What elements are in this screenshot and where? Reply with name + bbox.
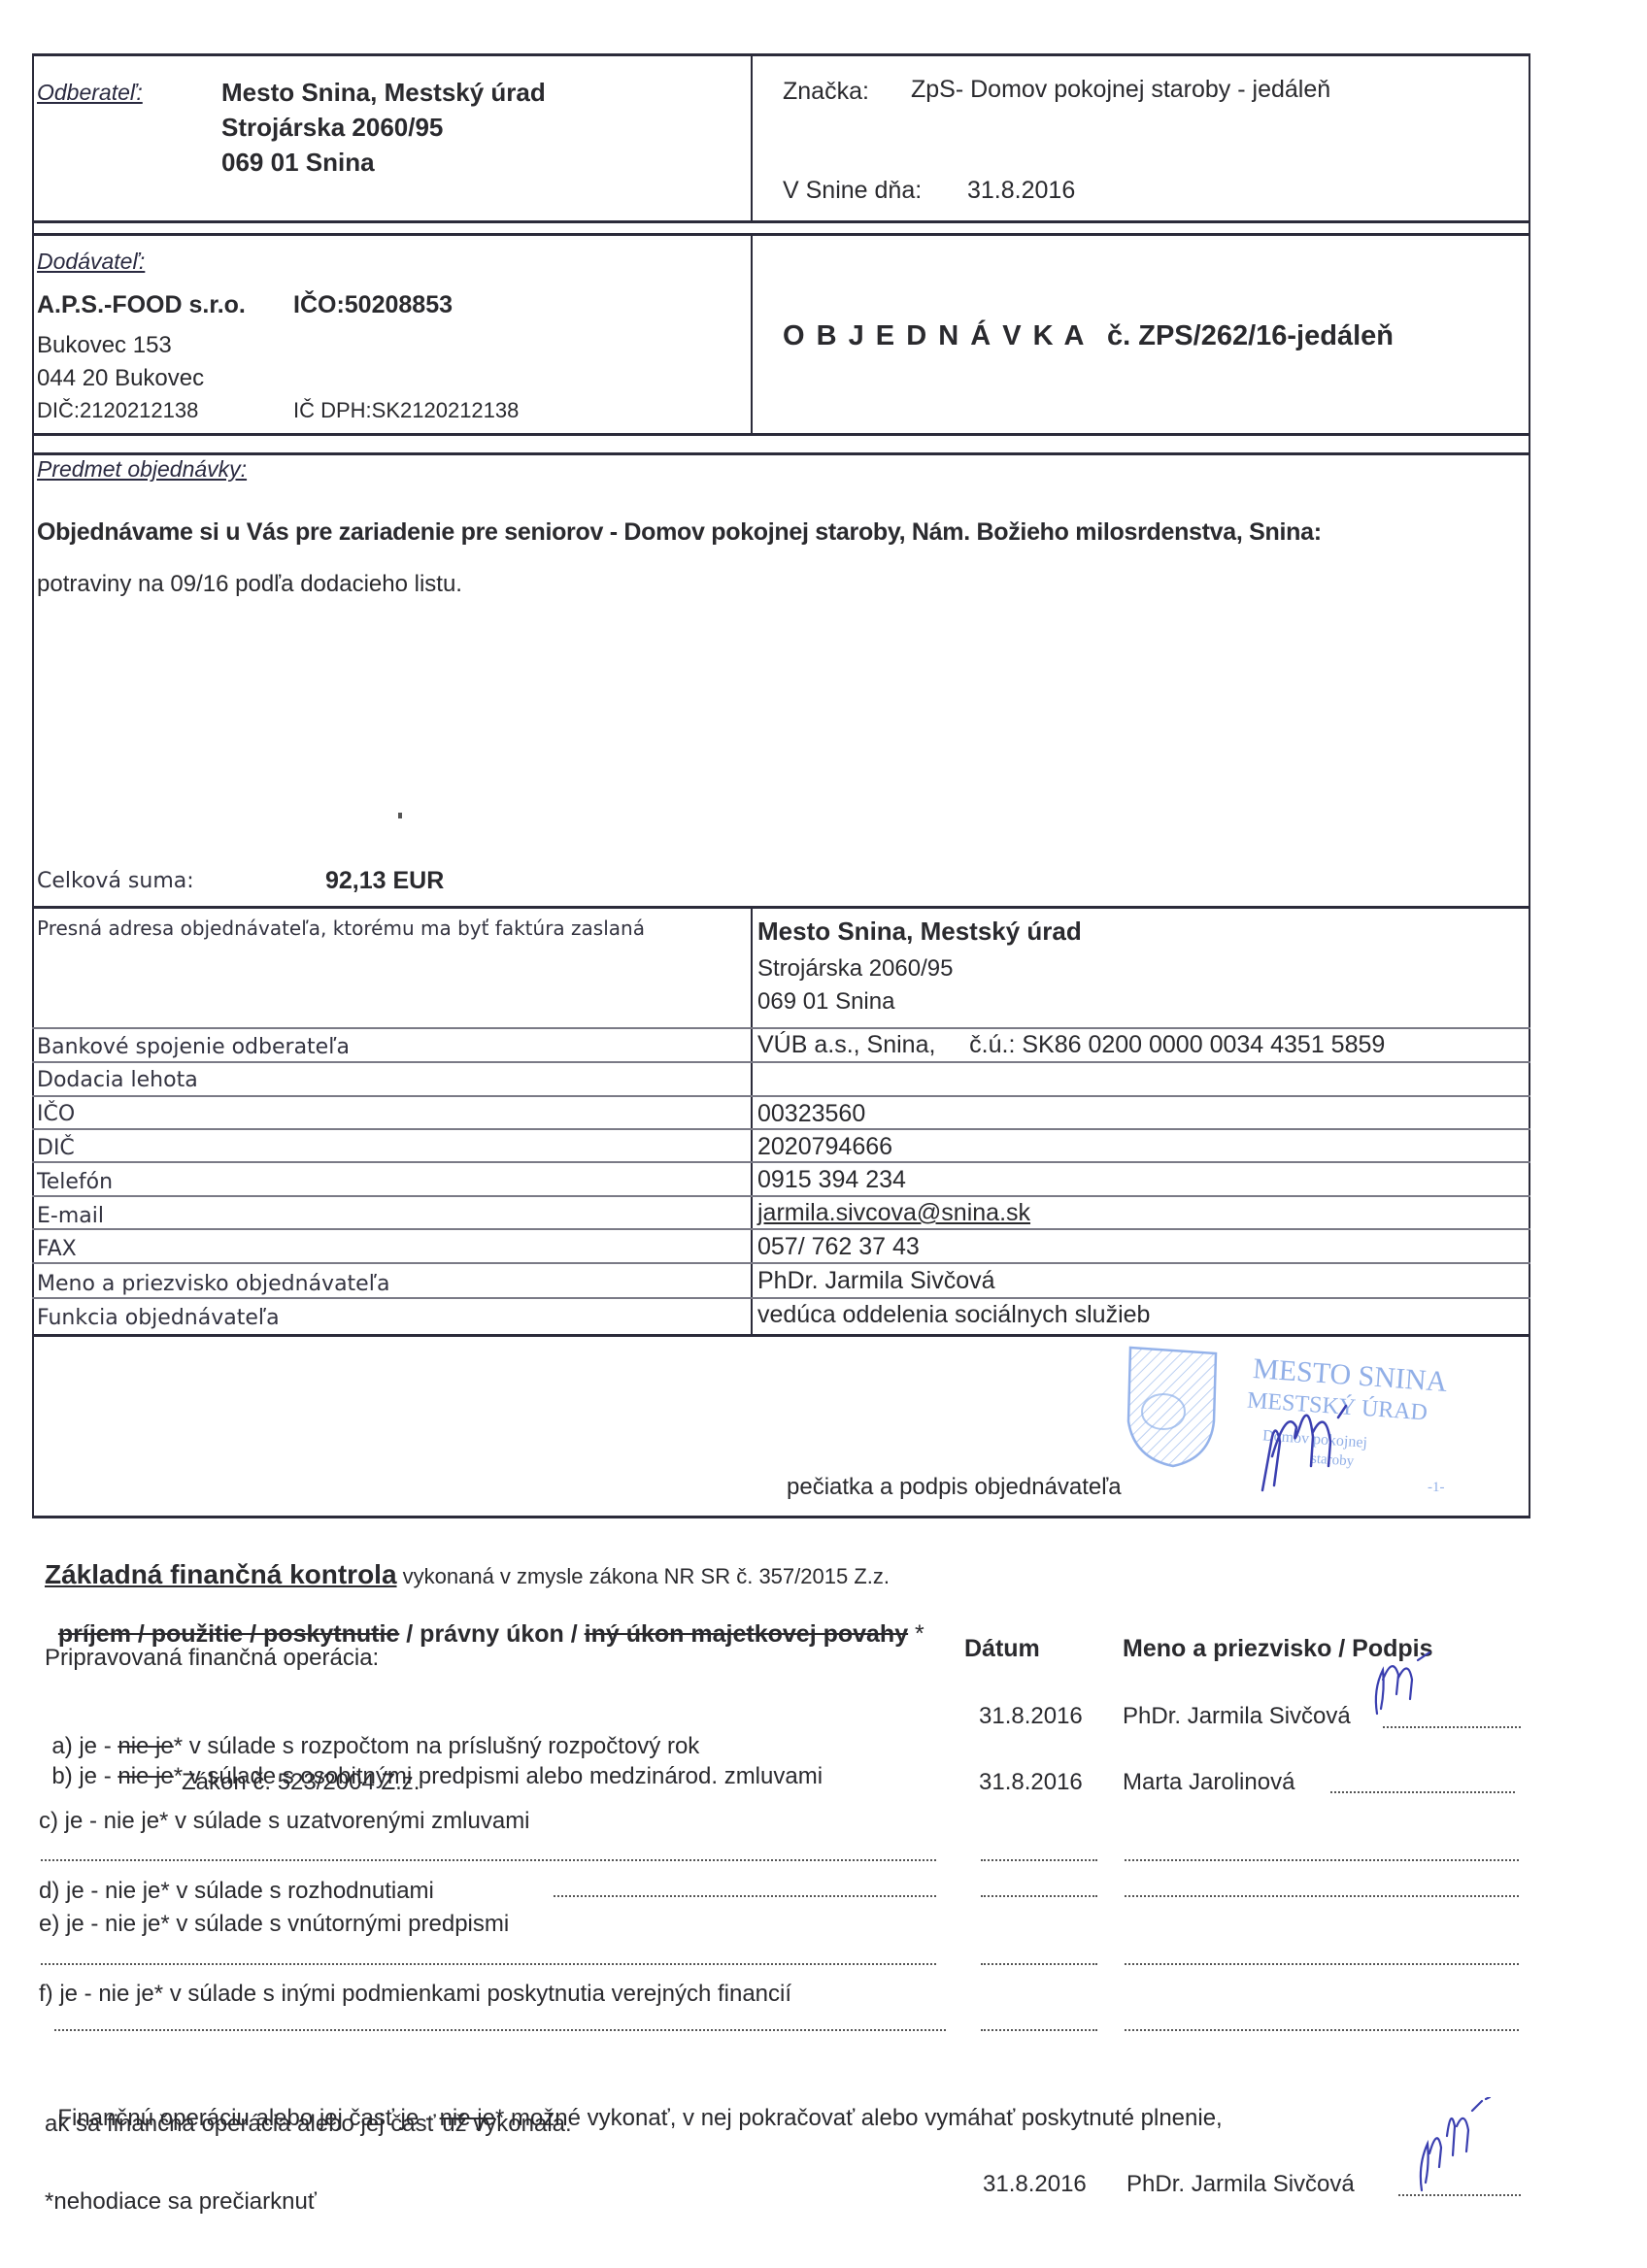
billing-address-name: Mesto Snina, Mestský úrad [757,917,1082,947]
control-item-e: e) je - nie je* v súlade s vnútornými pr… [39,1911,509,1938]
signature-line[interactable] [1330,1791,1515,1793]
row-divider [32,1262,1530,1264]
row-divider [32,1195,1530,1197]
date-blank-line[interactable] [981,2029,1097,2031]
footnote: *nehodiace sa prečiarknuť [45,2188,317,2216]
row-divider [32,1161,1530,1163]
control-type-star: * [908,1620,924,1648]
item-prefix: b) je - [51,1763,118,1789]
date-blank-line[interactable] [981,1895,1097,1897]
control-item-b: b) je - nie je* v súlade s osobitnými pr… [39,1736,823,1790]
date-blank-line[interactable] [981,1859,1097,1861]
billing-top-border [32,906,1530,909]
control-title: Základná finančná kontrola [45,1559,397,1589]
buyer-street: Strojárska 2060/95 [221,113,443,143]
row-divider [32,1095,1530,1097]
row-label-ico: IČO [37,1102,75,1126]
date-label: V Snine dňa: [783,177,922,205]
supplier-bottom-border [32,433,1530,436]
row-label-fax: FAX [37,1237,77,1261]
row-value-dic: 2020794666 [757,1133,892,1161]
control-title-suffix: vykonaná v zmysle zákona NR SR č. 357/20… [397,1564,890,1588]
subject-line1: Objednávame si u Vás pre zariadenie pre … [37,518,1322,547]
final-date: 31.8.2016 [983,2171,1087,2198]
row-divider [32,1027,1530,1029]
row-value-phone: 0915 394 234 [757,1166,906,1194]
buyer-name: Mesto Snina, Mestský úrad [221,78,546,108]
supplier-divider [751,233,753,435]
row-divider [32,1228,1530,1230]
row-label-phone: Telefón [37,1170,113,1194]
mark-value: ZpS- Domov pokojnej staroby - jedáleň [911,76,1330,104]
speck [398,813,402,818]
buyer-city: 069 01 Snina [221,148,375,178]
signature-blank-line[interactable] [1125,1963,1519,1965]
control-type-line: príjem / použitie / poskytnutie / právny… [45,1592,924,1649]
billing-address-city: 069 01 Snina [757,988,894,1016]
handwritten-signature-icon [1408,2097,1496,2194]
control-type-struck-2: iný úkon majetkovej povahy [585,1620,908,1648]
blank-line[interactable] [41,1963,936,1965]
control-type-kept: / právny úkon / [399,1620,584,1648]
subject-label: Predmet objednávky: [37,456,247,483]
row-label-name: Meno a priezvisko objednávateľa [37,1272,389,1296]
control-heading: Základná finančná kontrola vykonaná v zm… [45,1559,890,1590]
row-value-fax: 057/ 762 37 43 [757,1233,920,1261]
date-blank-line[interactable] [981,1963,1097,1965]
signature-blank-line[interactable] [1125,1859,1519,1861]
supplier-top-border [32,233,1530,236]
billing-address-street: Strojárska 2060/95 [757,955,953,983]
row-label-email: E-mail [37,1204,104,1228]
row-value-bank: VÚB a.s., Snina, č.ú.: SK86 0200 0000 00… [757,1031,1385,1059]
stamp-caption: pečiatka a podpis objednávateľa [787,1474,1122,1501]
order-number: č. ZPS/262/16-jedáleň [1107,320,1394,352]
row-divider [32,1061,1530,1063]
row-value-name: PhDr. Jarmila Sivčová [757,1267,995,1295]
handwritten-signature-icon [1253,1398,1360,1495]
operation-label: Pripravovaná finančná operácia: [45,1645,379,1672]
supplier-dic: DIČ:2120212138 [37,398,198,423]
buyer-label: Odberateľ: [37,80,143,106]
order-title: O B J E D N Á V K A [783,320,1086,352]
billing-address-label: Presná adresa objednávateľa, ktorému ma … [37,917,645,940]
row-value-function: vedúca oddelenia sociálnych služieb [757,1301,1150,1329]
row-divider [32,1297,1530,1299]
control-item-a-name: PhDr. Jarmila Sivčová [1123,1703,1351,1730]
supplier-city: 044 20 Bukovec [37,365,204,392]
row-label-function: Funkcia objednávateľa [37,1306,280,1330]
signature-blank-line[interactable] [1125,2029,1519,2031]
control-item-c: c) je - nie je* v súlade s uzatvorenými … [39,1808,530,1835]
control-item-f: f) je - nie je* v súlade s inými podmien… [39,1981,791,2008]
row-value-email-link[interactable]: jarmila.sivcova@snina.sk [757,1199,1030,1227]
supplier-ico: IČO:50208853 [293,291,453,319]
date-value: 31.8.2016 [967,177,1075,205]
row-label-bank: Bankové spojenie odberateľa [37,1035,350,1059]
conclusion-post: * možné vykonať, v nej pokračovať alebo … [495,2105,1223,2131]
city-coat-of-arms-stamp-icon [1125,1344,1222,1470]
supplier-ic-dph: IČ DPH:SK2120212138 [293,398,519,423]
row-label-delivery: Dodacia lehota [37,1068,198,1092]
header-bottom-border [32,220,1530,223]
control-item-a-date: 31.8.2016 [979,1703,1083,1730]
stamp-text-line5: -1- [1428,1480,1445,1496]
signature-line[interactable] [1383,1726,1521,1728]
final-name: PhDr. Jarmila Sivčová [1126,2171,1355,2198]
mark-label: Značka: [783,78,869,106]
handwritten-signature-icon [1360,1651,1437,1718]
billing-divider [751,906,753,1336]
signature-blank-line[interactable] [1125,1895,1519,1897]
supplier-label: Dodávateľ: [37,249,145,275]
control-type-struck-1: príjem / použitie / poskytnutie [58,1620,399,1648]
table-bottom-border [32,1516,1530,1518]
row-label-dic: DIČ [37,1136,75,1160]
stamp-area-top-border [32,1334,1530,1337]
control-item-b-law: Zákon č. 523/2004 Z.z. [182,1769,420,1796]
final-signature-line[interactable] [1398,2194,1521,2196]
blank-line[interactable] [54,2029,946,2031]
total-value: 92,13 EUR [325,867,444,895]
control-item-b-name: Marta Jarolinová [1123,1769,1294,1796]
supplier-street: Bukovec 153 [37,332,172,359]
subject-top-border [32,452,1530,455]
column-header-date: Dátum [964,1635,1040,1663]
total-label: Celková suma: [37,869,194,893]
control-item-b-date: 31.8.2016 [979,1769,1083,1796]
header-divider [751,53,753,220]
conclusion-line2: ak sa finančná operácia alebo jej časť u… [45,2111,572,2138]
row-value-ico: 00323560 [757,1100,865,1128]
blank-line[interactable] [554,1895,936,1897]
blank-line[interactable] [41,1859,936,1861]
supplier-name: A.P.S.-FOOD s.r.o. [37,291,246,319]
row-divider [32,1128,1530,1130]
subject-line2: potraviny na 09/16 podľa dodacieho listu… [37,571,462,598]
item-struck: nie je [118,1763,173,1789]
header-top-border [32,53,1530,56]
control-item-d: d) je - nie je* v súlade s rozhodnutiami [39,1878,434,1905]
